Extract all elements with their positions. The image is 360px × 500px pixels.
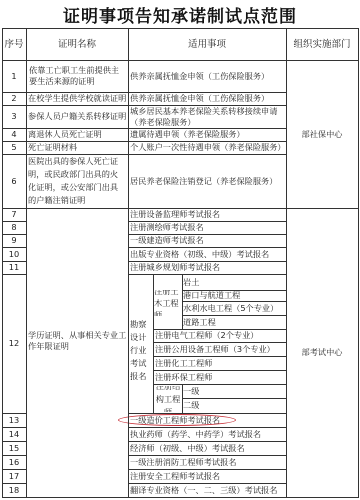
grid-line — [182, 398, 286, 399]
grid-line — [153, 274, 154, 413]
grid-line — [2, 483, 26, 484]
grid-line — [182, 290, 286, 291]
grid-line — [2, 469, 26, 470]
seq-cell: 9 — [2, 234, 26, 247]
scope-cell: 翻译专业资格（一、二、三级）考试报名 — [130, 483, 286, 497]
grid-line — [153, 329, 286, 330]
grid-line — [2, 28, 359, 29]
grid-line — [128, 261, 286, 262]
grid-line — [128, 455, 286, 456]
highlight-oval — [118, 414, 236, 426]
grid-line — [2, 455, 26, 456]
grid-line — [128, 234, 286, 235]
seq-cell: 1 — [2, 60, 26, 92]
grid-line — [153, 342, 286, 343]
scope-cell: 经济师（初级、中级）考试报名 — [130, 441, 286, 455]
cert-name: 在校学生提供学校就读证明 — [28, 92, 127, 105]
header-scope: 适用事项 — [128, 28, 286, 60]
grid-line — [128, 247, 286, 248]
grid-line — [2, 261, 26, 262]
grid-line — [2, 427, 26, 428]
seq-cell: 14 — [2, 427, 26, 441]
scope-cell: 执业药师（药学、中药学）考试报名 — [130, 427, 286, 441]
cert-name: 学历证明、从事相关专业工作年限证明 — [28, 330, 127, 360]
seq-cell: 11 — [2, 261, 26, 274]
scope-cell: 注册设备监理师考试报名 — [130, 208, 286, 221]
seq-cell: 12 — [2, 274, 26, 413]
header-dept: 组织实施部门 — [286, 28, 358, 60]
grid-line — [2, 234, 26, 235]
cert-name: 死亡证明材料 — [28, 141, 127, 154]
scope-cell: 遗属待遇申领（养老保险服务） — [130, 128, 286, 141]
seq-cell: 3 — [2, 105, 26, 128]
seq-cell: 4 — [2, 128, 26, 141]
structural-engineer-label: 注册结构工程师 — [154, 386, 182, 412]
scope-cell: 供养亲属抚恤金申领（工伤保险服务） — [130, 60, 286, 92]
seq-cell: 10 — [2, 247, 26, 261]
seq-cell: 5 — [2, 141, 26, 154]
grid-line — [2, 141, 286, 142]
grid-line — [2, 221, 26, 222]
cert-name: 参保人员户籍关系转移证明 — [28, 105, 127, 128]
structural-item: 二级 — [183, 398, 286, 413]
cert-name: 依靠工亡职工生前提供主要生活来源的证明 — [28, 60, 127, 92]
grid-line — [128, 274, 286, 275]
seq-cell: 13 — [2, 413, 26, 427]
grid-line — [2, 105, 286, 106]
scope-cell: 注册测绘师考试报名 — [130, 221, 286, 234]
design-exam-item: 注册公用设备工程师（3个专业） — [155, 342, 286, 356]
seq-cell: 8 — [2, 221, 26, 234]
grid-line — [128, 427, 286, 428]
scope-cell: 居民养老保险注销登记（养老保险服务） — [130, 154, 286, 208]
grid-line — [153, 356, 286, 357]
seq-cell: 17 — [2, 469, 26, 483]
scope-cell: 注册安全工程师考试报名 — [130, 469, 286, 483]
seq-cell: 2 — [2, 92, 26, 105]
seq-cell: 6 — [2, 154, 26, 208]
header-seq: 序号 — [2, 28, 26, 60]
cert-name: 医院出具的参保人死亡证明，或民政部门出具的火化证明，或公安部门出具的户籍注销证明 — [28, 154, 124, 208]
civil-item: 道路工程 — [183, 315, 286, 329]
grid-line — [2, 154, 286, 155]
civil-engineer-label: 注册土木工程师 — [154, 290, 180, 316]
design-exam-item: 注册环保工程师 — [155, 370, 286, 384]
seq-cell: 16 — [2, 455, 26, 469]
grid-line — [128, 413, 286, 414]
grid-line — [128, 483, 286, 484]
grid-line — [182, 301, 286, 302]
seq-cell: 18 — [2, 483, 26, 497]
design-exam-item: 注册化工工程师 — [155, 356, 286, 370]
grid-line — [128, 441, 286, 442]
grid-line — [358, 28, 359, 497]
group-label: 勘察设计行业考试报名 — [130, 318, 152, 384]
page-title: 证明事项告知承诺制试点范围 — [0, 2, 360, 27]
grid-line — [26, 28, 27, 497]
seq-cell: 7 — [2, 208, 26, 221]
scope-cell: 个人账户一次性待遇申领（养老保险服务） — [130, 141, 286, 154]
scope-cell: 一级注册消防工程师考试报名 — [130, 455, 286, 469]
dept-social-security: 部社保中心 — [286, 60, 358, 208]
grid-line — [2, 128, 286, 129]
grid-line — [182, 315, 286, 316]
grid-line — [2, 92, 286, 93]
grid-line — [153, 384, 286, 385]
design-exam-item: 注册电气工程师（2个专业） — [155, 329, 286, 342]
grid-line — [286, 28, 287, 497]
grid-line — [2, 274, 26, 275]
dept-exam-center: 部考试中心 — [286, 208, 358, 497]
grid-line — [2, 60, 359, 61]
civil-item: 水利水电工程（5个专业） — [183, 301, 286, 315]
civil-item: 岩土 — [183, 274, 286, 290]
grid-line — [2, 441, 26, 442]
grid-line — [153, 370, 286, 371]
grid-line — [2, 413, 26, 414]
grid-line — [2, 247, 26, 248]
grid-line — [128, 221, 286, 222]
scope-cell: 一级建造师考试报名 — [130, 234, 286, 247]
scope-cell: 供养亲属抚恤金申领（工伤保险服务） — [130, 92, 286, 105]
cert-name: 离退休人员死亡证明 — [28, 128, 127, 141]
structural-item: 一级 — [183, 384, 286, 398]
grid-line — [128, 469, 286, 470]
grid-line — [2, 208, 359, 209]
civil-item: 港口与航道工程 — [183, 290, 286, 301]
scope-cell: 城乡居民基本养老保险关系转移接续申请（养老保险服务） — [130, 105, 284, 128]
scope-cell: 出版专业资格（初级、中级）考试报名 — [130, 247, 286, 261]
header-name: 证明名称 — [26, 28, 128, 60]
scope-cell: 注册城乡规划师考试报名 — [130, 261, 286, 274]
grid-line — [2, 497, 359, 498]
seq-cell: 15 — [2, 441, 26, 455]
